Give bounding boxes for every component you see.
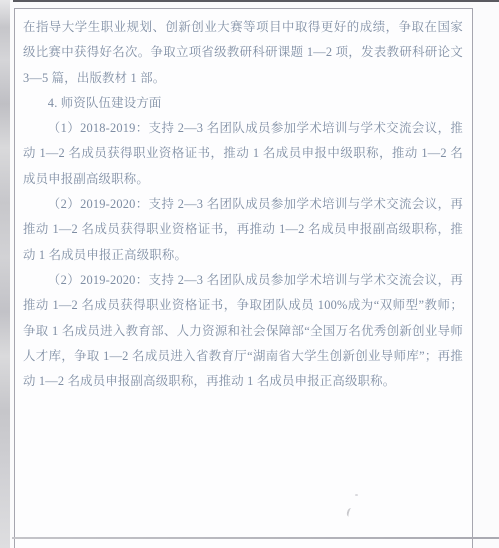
paragraph-plan-2019-2020: （2）2019-2020：支持 2—3 名团队成员参加学术培训与学术交流会议，再… xyxy=(23,192,463,268)
next-row-border-line xyxy=(12,537,499,539)
paragraph-plan-2018-2019: （1）2018-2019：支持 2—3 名团队成员参加学术培训与学术交流会议，推… xyxy=(23,116,463,192)
paragraph-plan-2019-2020-second: （2）2019-2020：支持 2—3 名团队成员参加学术培训与学术交流会议，再… xyxy=(23,268,463,394)
scanned-document-page: 在指导大学生职业规划、创新创业大赛等项目中取得更好的成绩，争取在国家级比赛中获得… xyxy=(0,0,499,548)
previous-row-border-line xyxy=(13,0,499,2)
paragraph-continuation: 在指导大学生职业规划、创新创业大赛等项目中取得更好的成绩，争取在国家级比赛中获得… xyxy=(23,15,463,91)
table-cell-plan-text: 在指导大学生职业规划、创新创业大赛等项目中取得更好的成绩，争取在国家级比赛中获得… xyxy=(14,8,473,548)
section-heading-faculty-team: 4. 师资队伍建设方面 xyxy=(23,91,463,116)
scan-speck xyxy=(355,494,358,496)
scan-left-edge xyxy=(0,0,10,548)
